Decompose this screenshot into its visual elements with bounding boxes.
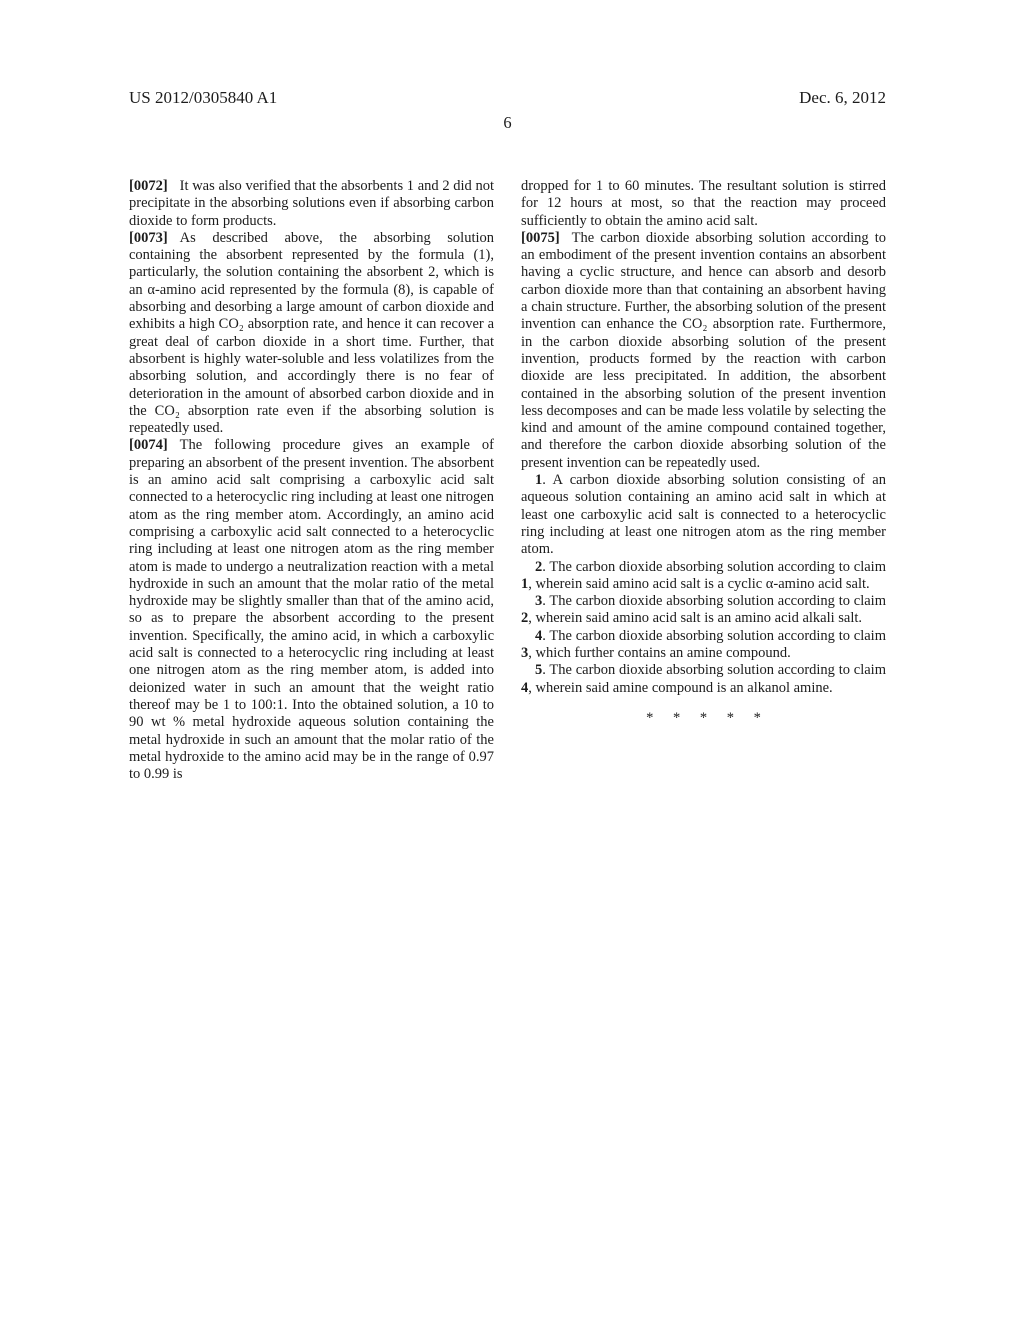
page-number: 6 bbox=[129, 113, 886, 133]
claim-1: 1. A carbon dioxide absorbing solution c… bbox=[521, 472, 886, 558]
paragraph-text: As described above, the absorbing soluti… bbox=[129, 230, 494, 436]
continuation-paragraph: dropped for 1 to 60 minutes. The resulta… bbox=[521, 178, 886, 230]
paragraph-text: The following procedure gives an example… bbox=[129, 437, 494, 782]
paragraph-0073: [0073]As described above, the absorbing … bbox=[129, 230, 494, 438]
claim-5: 5. The carbon dioxide absorbing solution… bbox=[521, 662, 886, 697]
claim-4: 4. The carbon dioxide absorbing solution… bbox=[521, 628, 886, 663]
paragraph-tag: [0075] bbox=[521, 230, 560, 246]
left-column: [0072]It was also verified that the abso… bbox=[129, 178, 494, 783]
patent-page: US 2012/0305840 A1 Dec. 6, 2012 6 [0072]… bbox=[0, 0, 1024, 1320]
paragraph-tag: [0073] bbox=[129, 230, 168, 246]
claim-2: 2. The carbon dioxide absorbing solution… bbox=[521, 559, 886, 594]
claim-3: 3. The carbon dioxide absorbing solution… bbox=[521, 593, 886, 628]
paragraph-0075: [0075]The carbon dioxide absorbing solut… bbox=[521, 230, 886, 472]
paragraph-0072: [0072]It was also verified that the abso… bbox=[129, 178, 494, 230]
claims-end-marker: * * * * * bbox=[521, 710, 886, 727]
paragraph-text: The carbon dioxide absorbing solution ac… bbox=[521, 230, 886, 471]
publication-date: Dec. 6, 2012 bbox=[799, 88, 886, 108]
page-header: US 2012/0305840 A1 Dec. 6, 2012 bbox=[129, 88, 886, 108]
paragraph-tag: [0072] bbox=[129, 178, 168, 194]
document-body: [0072]It was also verified that the abso… bbox=[129, 178, 886, 783]
paragraph-0074: [0074]The following procedure gives an e… bbox=[129, 437, 494, 783]
paragraph-text: It was also verified that the absorbents… bbox=[129, 178, 494, 229]
paragraph-tag: [0074] bbox=[129, 437, 168, 453]
publication-number: US 2012/0305840 A1 bbox=[129, 88, 277, 108]
right-column: dropped for 1 to 60 minutes. The resulta… bbox=[521, 178, 886, 783]
